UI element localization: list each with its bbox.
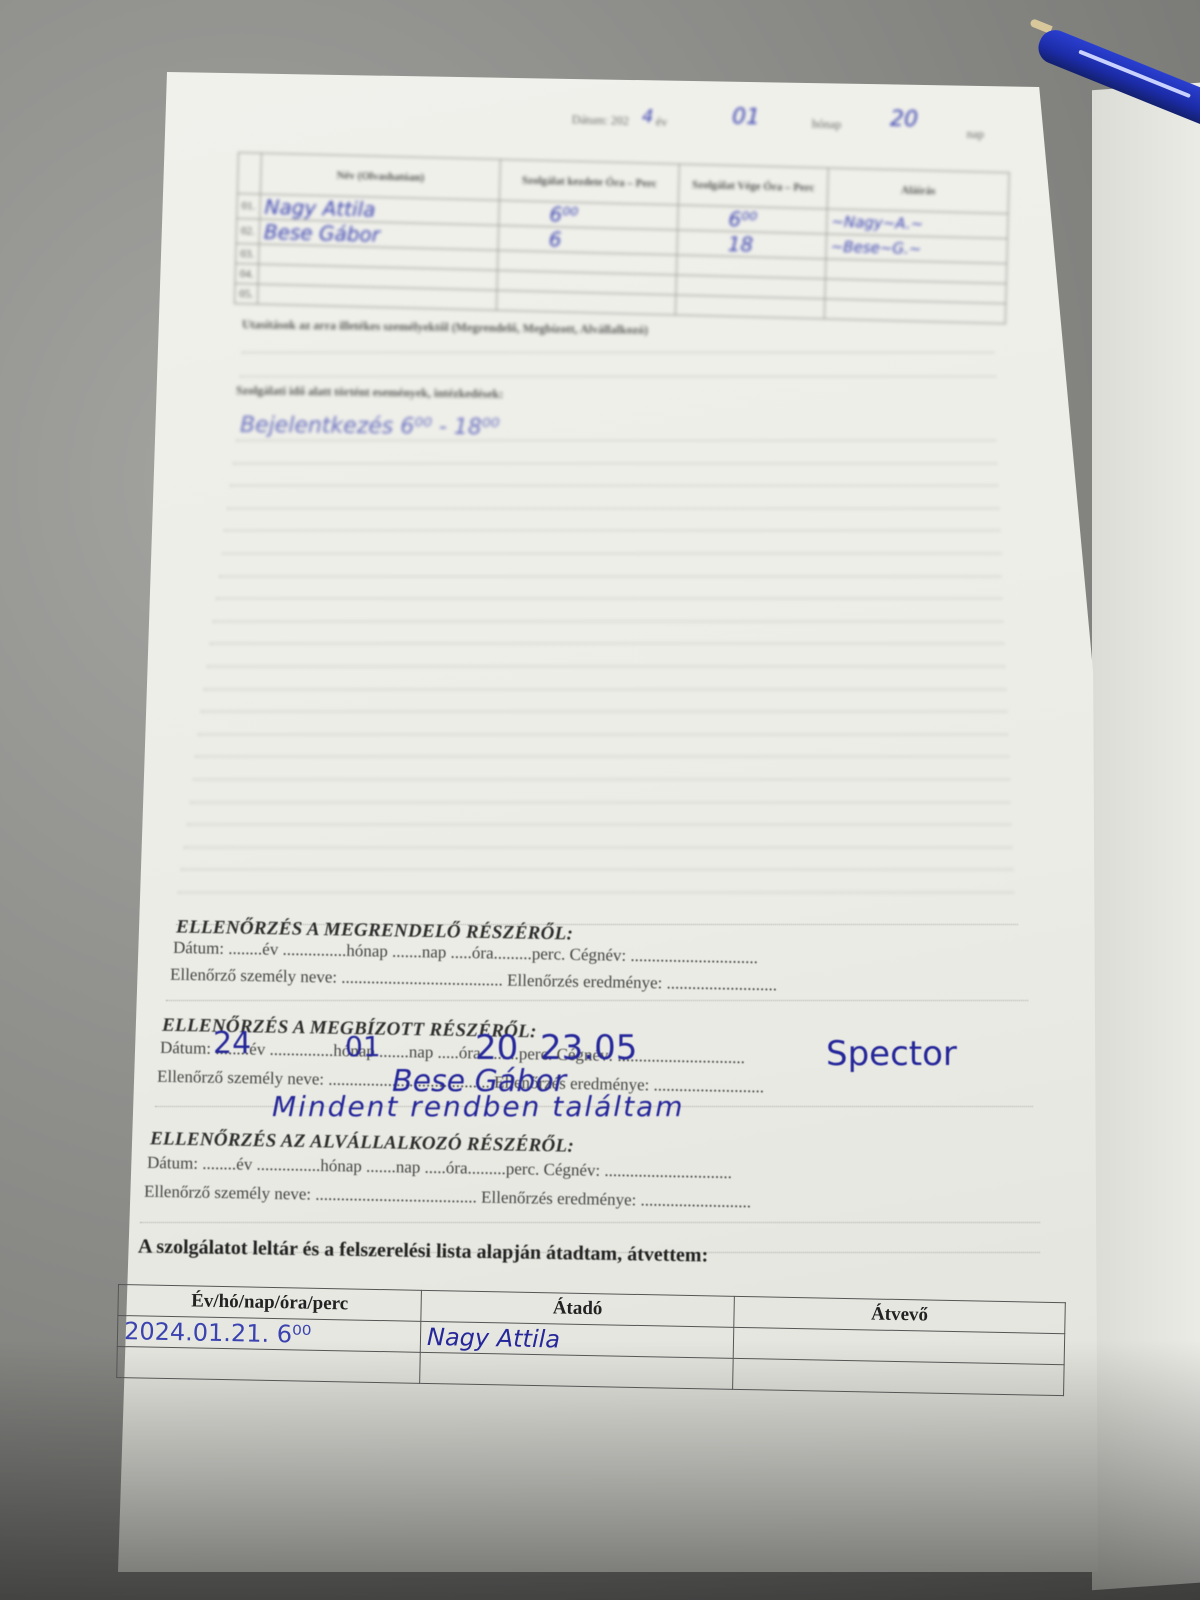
nap-label: nap — [966, 127, 984, 142]
ruled-line — [210, 643, 1004, 644]
start-cell: 6⁰⁰ — [549, 202, 578, 227]
hand-year: 24 — [213, 1026, 251, 1061]
ruled-line — [195, 756, 1008, 757]
upper-form-area: Dátum: 202 4 év 01 hónap 20 nap Név (Olv… — [0, 0, 1200, 900]
hand-time: 23.05 — [540, 1028, 637, 1068]
hand-company: Spector — [826, 1034, 957, 1074]
ruled-line — [190, 802, 1011, 803]
lower-form-area: ELLENŐRZÉS A MEGRENDELŐ RÉSZÉRŐL: Dátum:… — [0, 900, 1200, 1600]
handover-title: A szolgálatot leltár és a felszerelési l… — [138, 1236, 709, 1268]
check-person-line-megrendelo: Ellenőrző személy neve: ................… — [170, 965, 777, 996]
ruled-line — [227, 508, 998, 509]
ruled-line — [242, 352, 994, 353]
datum-label: Dátum: 202 — [572, 112, 629, 128]
ruled-line — [187, 824, 1012, 825]
handover-giver: Nagy Attila — [427, 1323, 561, 1354]
end-cell: 18 — [727, 232, 753, 257]
header-date: Dátum: 202 4 év 01 hónap 20 nap — [572, 112, 1012, 124]
check-date-line-alvallalkozo: Dátum: ........év ...............hónap .… — [147, 1153, 732, 1183]
ruled-line — [198, 734, 1007, 735]
shift-table: Név (Olvashatóan) Szolgálat kezdete Óra … — [234, 152, 1010, 324]
handover-table: Év/hó/nap/óra/perc Átadó Átvevő 2024.01.… — [116, 1284, 1066, 1396]
col-signature: Aláírás — [827, 168, 1009, 214]
ruled-line — [181, 869, 1013, 870]
month-hand: 01 — [732, 104, 761, 130]
ruled-line — [236, 440, 996, 441]
events-entry: Bejelentkezés 6⁰⁰ - 18⁰⁰ — [240, 413, 500, 440]
handover-datetime: 2024.01.21. 6⁰⁰ — [124, 1317, 312, 1349]
end-cell: 6⁰⁰ — [728, 207, 757, 232]
signature-scribble: ~Nagy~A.~ — [831, 213, 923, 233]
ruled-line — [207, 666, 1005, 667]
ruled-line — [222, 553, 1001, 554]
ruled-line — [240, 376, 996, 377]
hand-day: 20 — [475, 1028, 518, 1068]
ruled-line — [201, 711, 1007, 712]
ruled-line — [224, 530, 999, 531]
name-cell: Bese Gábor — [264, 220, 381, 247]
ruled-line — [233, 463, 997, 464]
hand-month: 01 — [345, 1030, 381, 1063]
start-cell: 6 — [549, 227, 562, 251]
check-date-line-megrendelo: Dátum: ........év ...............hónap .… — [173, 938, 758, 968]
honap-label: hónap — [812, 117, 842, 133]
name-cell: Nagy Attila — [264, 195, 375, 222]
col-name: Név (Olvashatóan) — [260, 153, 500, 200]
year-digit-hand: 4 — [642, 106, 654, 127]
ruled-line — [184, 847, 1012, 848]
ruled-line — [230, 485, 998, 486]
day-hand: 20 — [890, 107, 919, 133]
ruled-line — [193, 779, 1010, 780]
col-start: Szolgálat kezdete Óra – Perc — [499, 159, 679, 205]
ev-label: év — [656, 114, 668, 129]
hand-result: Mindent rendben találtam — [272, 1090, 684, 1123]
check-person-line-alvallalkozo: Ellenőrző személy neve: ................… — [144, 1182, 751, 1213]
events-label: Szolgálati idő alatt történt események, … — [236, 383, 503, 402]
instructions-label: Utasítások az arra illetékes személyektő… — [242, 317, 648, 338]
ruled-line — [213, 621, 1003, 622]
ruled-line — [219, 576, 1002, 577]
signature-scribble: ~Bese~G.~ — [830, 238, 921, 258]
ruled-line — [178, 892, 1014, 893]
ruled-line — [204, 689, 1006, 690]
ruled-line — [216, 598, 1003, 599]
col-end: Szolgálat Vége Óra – Perc — [678, 164, 828, 209]
